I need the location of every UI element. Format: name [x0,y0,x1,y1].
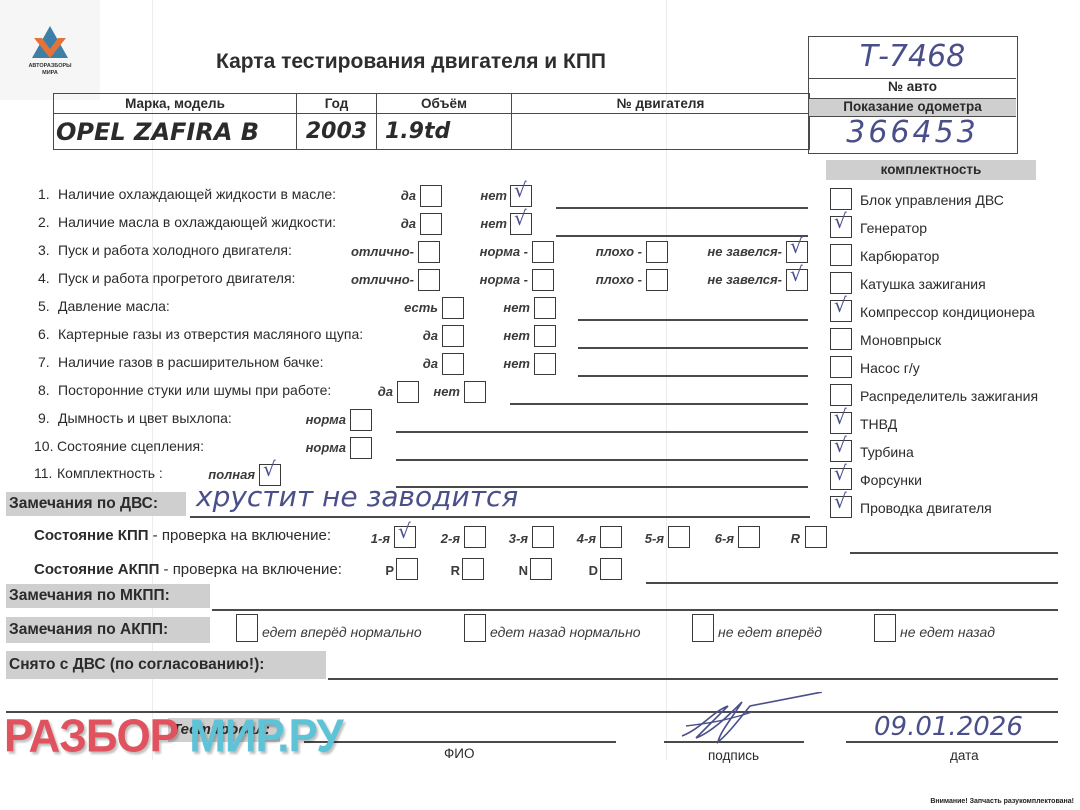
option-checkbox[interactable] [534,353,556,375]
checkmark-icon: √ [834,463,847,483]
option-label: нет [503,328,530,343]
watermark-part-1: РАЗБОР [4,711,178,762]
manual-gearbox-label-bold: Состояние КПП [34,527,149,544]
footer-note: Внимание! Запчасть разукомплектована! [930,798,1074,805]
akpp-remarks-label: Замечания по АКПП: [6,617,210,643]
completeness-item-label: Турбина [860,444,914,460]
comment-line[interactable] [396,431,808,433]
checkmark-icon: √ [398,521,411,541]
option-checkbox[interactable] [442,297,464,319]
check-label: Наличие газов в расширительном бачке: [58,354,324,370]
comment-line[interactable] [578,347,808,349]
checkmark-icon: √ [834,211,847,231]
logo-text-line1: АВТОРАЗБОРЫ [0,63,100,69]
gear-label: R [791,531,800,546]
signature-scribble-icon [672,692,822,748]
option-label: норма - [480,244,528,259]
column-header-model: Марка, модель [54,94,297,114]
akpp-option-label: не едет вперёд [718,624,822,640]
check-number: 5. [38,298,50,314]
option-checkbox[interactable] [418,269,440,291]
completeness-checkbox[interactable]: √ [830,440,852,462]
akpp-option-checkbox[interactable] [692,614,714,642]
option-checkbox[interactable] [646,241,668,263]
check-label: Дымность и цвет выхлопа: [58,410,232,426]
column-header-volume: Объём [377,94,512,114]
gear-label: 3-я [509,531,528,546]
completeness-title: комплектность [826,160,1036,180]
gear-checkbox[interactable]: √ [394,526,416,548]
completeness-checkbox[interactable] [830,384,852,406]
completeness-item-label: Насос г/у [860,360,920,376]
company-logo: АВТОРАЗБОРЫ МИРА [0,0,100,100]
option-label: нет [433,384,460,399]
option-label: плохо - [596,272,642,287]
engine-remarks-line [190,516,810,518]
auto-gearbox-label-bold: Состояние АКПП [34,561,159,578]
completeness-checkbox[interactable]: √ [830,300,852,322]
check-number: 3. [38,242,50,258]
option-checkbox[interactable] [532,241,554,263]
completeness-item-label: Генератор [860,220,927,236]
check-number: 1. [38,186,50,202]
completeness-item-label: ТНВД [860,416,897,432]
watermark-part-2: МИР.РУ [189,711,342,762]
removed-parts-label: Снято с ДВС (по согласованию!): [6,651,326,679]
completeness-checkbox[interactable] [830,244,852,266]
option-checkbox[interactable] [534,325,556,347]
checkmark-icon: √ [514,208,527,228]
gear-label: 1-я [371,531,390,546]
check-label: Наличие масла в охлаждающей жидкости: [58,214,336,230]
option-checkbox[interactable]: √ [786,241,808,263]
check-number: 10. [34,438,53,454]
manual-gearbox-line [850,552,1058,554]
completeness-item-label: Блок управления ДВС [860,192,1004,208]
checkmark-icon: √ [790,264,803,284]
date-value[interactable]: 09.01.2026 [874,712,1023,742]
engine-number-value[interactable] [512,114,810,150]
comment-line[interactable] [578,319,808,321]
gear-label: 2-я [441,531,460,546]
page-title: Карта тестирования двигателя и КПП [216,50,606,74]
akpp-option-checkbox[interactable] [236,614,258,642]
akpp-option-checkbox[interactable] [464,614,486,642]
completeness-item-label: Моновпрыск [860,332,941,348]
auto-gearbox-label: Состояние АКПП - проверка на включение: [34,561,342,578]
option-checkbox[interactable]: √ [510,185,532,207]
manual-gearbox-label-rest: - проверка на включение: [149,527,332,544]
engine-remarks-value[interactable]: хрустит не заводится [196,480,518,513]
checkmark-icon: √ [790,236,803,256]
option-checkbox[interactable] [397,381,419,403]
completeness-item-label: Форсунки [860,472,922,488]
option-label: да [401,188,416,203]
option-checkbox[interactable] [350,409,372,431]
option-label: не завелся- [707,244,782,259]
gear-label: 5-я [645,531,664,546]
check-label: Наличие охлаждающей жидкости в масле: [58,186,336,202]
option-label: плохо - [596,244,642,259]
option-label: есть [404,300,438,315]
gear-checkbox[interactable] [464,526,486,548]
check-number: 9. [38,410,50,426]
checkmark-icon: √ [514,180,527,200]
check-label: Комплектность : [57,465,163,481]
checkmark-icon: √ [834,407,847,427]
date-caption: дата [950,748,979,763]
check-label: Пуск и работа прогретого двигателя: [58,270,295,286]
gear-checkbox[interactable] [668,526,690,548]
car-number-label: № авто [809,79,1016,99]
signature-caption: подпись [708,748,759,763]
option-checkbox[interactable]: √ [786,269,808,291]
year-value[interactable]: 2003 [297,114,377,150]
option-label: норма [306,412,346,427]
option-label: нет [480,188,507,203]
gear-checkbox[interactable] [532,526,554,548]
gear-label: 6-я [715,531,734,546]
option-checkbox[interactable] [420,213,442,235]
checkmark-icon: √ [834,491,847,511]
column-header-engine-number: № двигателя [512,94,810,114]
option-checkbox[interactable] [464,381,486,403]
akpp-option-label: едет вперёд нормально [262,624,422,640]
gear-checkbox[interactable] [600,526,622,548]
completeness-checkbox[interactable]: √ [830,412,852,434]
comment-line[interactable] [556,235,808,237]
option-checkbox[interactable] [420,185,442,207]
model-value[interactable]: OPEL ZAFIRA B [54,114,297,150]
option-checkbox[interactable] [646,269,668,291]
completeness-checkbox[interactable] [830,188,852,210]
option-label: нет [503,356,530,371]
comment-line[interactable] [556,207,808,209]
completeness-item-label: Катушка зажигания [860,276,986,292]
mountain-v-logo-icon [30,24,70,62]
option-label: да [401,216,416,231]
check-number: 7. [38,354,50,370]
check-label: Давление масла: [58,298,170,314]
checkmark-icon: √ [263,459,276,479]
fio-line[interactable] [304,741,616,743]
removed-parts-line[interactable] [328,678,1058,680]
vehicle-id-box: Т-7468 № авто Показание одометра 366453 [808,36,1018,154]
logo-text-line2: МИРА [0,70,100,76]
gear-checkbox[interactable] [805,526,827,548]
check-label: Пуск и работа холодного двигателя: [58,242,292,258]
volume-value[interactable]: 1.9td [377,114,512,150]
completeness-item-label: Компрессор кондиционера [860,304,1035,320]
completeness-checkbox[interactable]: √ [830,496,852,518]
completeness-checkbox[interactable] [830,328,852,350]
auto-gearbox-label-rest: - проверка на включение: [159,561,342,578]
comment-line[interactable] [578,375,808,377]
gear-checkbox[interactable] [462,558,484,580]
option-label: да [378,384,393,399]
completeness-item-label: Проводка двигателя [860,500,992,516]
check-number: 4. [38,270,50,286]
gear-label: R [451,563,460,578]
vehicle-header-table: Марка, модель Год Объём № двигателя OPEL… [53,93,810,150]
mkpp-remarks-line[interactable] [212,609,1058,611]
option-label: нет [480,216,507,231]
check-number: 8. [38,382,50,398]
gear-label: D [589,563,598,578]
option-label: норма - [480,272,528,287]
manual-gearbox-label: Состояние КПП - проверка на включение: [34,527,331,544]
option-checkbox[interactable] [350,437,372,459]
check-number: 11. [34,465,52,481]
option-checkbox[interactable] [442,353,464,375]
completeness-checkbox[interactable] [830,272,852,294]
option-checkbox[interactable]: √ [510,213,532,235]
akpp-option-label: едет назад нормально [490,624,641,640]
gear-label: P [385,563,394,578]
watermark: РАЗБОР МИР.РУ [4,711,343,764]
auto-gearbox-line [646,582,1058,584]
completeness-item-label: Распределитель зажигания [860,388,1038,404]
check-number: 2. [38,214,50,230]
fio-caption: ФИО [444,746,474,761]
akpp-option-label: не едет назад [900,624,995,640]
gear-checkbox[interactable] [396,558,418,580]
option-label: да [423,356,438,371]
option-label: норма [306,440,346,455]
option-label: нет [503,300,530,315]
option-label: отлично- [351,244,414,259]
gear-label: N [519,563,528,578]
check-number: 6. [38,326,50,342]
option-label: не завелся- [707,272,782,287]
option-checkbox[interactable] [418,241,440,263]
option-checkbox[interactable] [532,269,554,291]
completeness-checkbox[interactable]: √ [830,216,852,238]
option-label: да [423,328,438,343]
odometer-value[interactable]: 366453 [809,115,1016,151]
gear-label: 4-я [577,531,596,546]
gear-checkbox[interactable] [600,558,622,580]
completeness-item-label: Карбюратор [860,248,939,264]
check-label: Посторонние стуки или шумы при работе: [58,382,331,398]
completeness-checkbox[interactable] [830,356,852,378]
option-checkbox[interactable] [442,325,464,347]
comment-line[interactable] [396,459,808,461]
check-label: Состояние сцепления: [57,438,204,454]
car-number-value[interactable]: Т-7468 [809,39,1016,79]
checkmark-icon: √ [834,435,847,455]
akpp-option-checkbox[interactable] [874,614,896,642]
engine-remarks-label: Замечания по ДВС: [6,492,186,516]
option-label: отлично- [351,272,414,287]
column-header-year: Год [297,94,377,114]
checkmark-icon: √ [834,295,847,315]
option-checkbox[interactable] [534,297,556,319]
check-label: Картерные газы из отверстия масляного щу… [58,326,363,342]
comment-line[interactable] [510,403,808,405]
mkpp-remarks-label: Замечания по МКПП: [6,584,210,608]
completeness-checkbox[interactable]: √ [830,468,852,490]
gear-checkbox[interactable] [738,526,760,548]
gear-checkbox[interactable] [530,558,552,580]
